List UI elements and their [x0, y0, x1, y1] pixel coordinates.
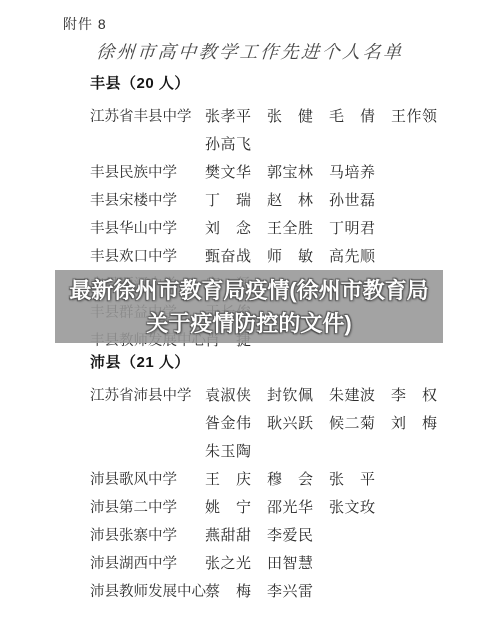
attachment-label: 附件 8 [63, 14, 107, 34]
table-row: 昝金伟 耿兴跃 候二菊 刘 梅 [90, 410, 480, 438]
table-row: 沛县湖西中学张之光 田智慧 [90, 550, 480, 578]
seo-overlay-caption: 最新徐州市教育局疫情(徐州市教育局 关于疫情防控的文件) [55, 270, 443, 343]
school-name: 丰县华山中学 [90, 215, 205, 243]
table-row: 丰县欢口中学甄奋战 师 敏 高先顺 [90, 243, 480, 271]
table-row: 江苏省丰县中学张孝平 张 健 毛 倩 王作领 [90, 103, 480, 131]
overlay-caption-line2: 关于疫情防控的文件) [146, 307, 351, 340]
person-names: 丁 瑞 赵 林 孙世磊 [205, 192, 376, 209]
person-names: 姚 宁 邵光华 张文玫 [205, 499, 376, 516]
person-names: 张孝平 张 健 毛 倩 王作领 [205, 108, 438, 125]
person-names: 蔡 梅 李兴雷 [205, 583, 314, 600]
school-name: 丰县民族中学 [90, 159, 205, 187]
person-names: 甄奋战 师 敏 高先顺 [205, 248, 376, 265]
document-page: 附件 8 徐州市高中教学工作先进个人名单 丰县（20 人） 江苏省丰县中学张孝平… [0, 0, 500, 617]
school-name: 江苏省丰县中学 [90, 103, 205, 131]
table-row: 孙高飞 [90, 131, 480, 159]
section-heading: 丰县（20 人） [90, 72, 480, 103]
table-row: 沛县歌风中学王 庆 穆 会 张 平 [90, 466, 480, 494]
person-names: 张之光 田智慧 [205, 555, 314, 572]
school-name: 丰县宋楼中学 [90, 187, 205, 215]
person-names: 孙高飞 [205, 136, 252, 153]
school-name: 沛县教师发展中心 [90, 578, 205, 606]
document-title: 徐州市高中教学工作先进个人名单 [69, 38, 431, 64]
table-row: 沛县教师发展中心蔡 梅 李兴雷 [90, 578, 480, 606]
school-name: 江苏省沛县中学 [90, 382, 205, 410]
table-row: 朱玉陶 [90, 438, 480, 466]
person-names: 樊文华 郭宝林 马培养 [205, 164, 376, 181]
school-name: 丰县欢口中学 [90, 243, 205, 271]
person-names: 朱玉陶 [205, 443, 252, 460]
table-row: 沛县第二中学姚 宁 邵光华 张文玫 [90, 494, 480, 522]
table-row: 沛县张寨中学燕甜甜 李爱民 [90, 522, 480, 550]
school-name: 沛县歌风中学 [90, 466, 205, 494]
person-names: 刘 念 王全胜 丁明君 [205, 220, 376, 237]
table-row: 江苏省沛县中学袁淑侠 封钦佩 朱建波 李 权 [90, 382, 480, 410]
roster-table: 江苏省沛县中学袁淑侠 封钦佩 朱建波 李 权昝金伟 耿兴跃 候二菊 刘 梅朱玉陶… [90, 382, 480, 606]
school-name: 沛县第二中学 [90, 494, 205, 522]
school-name: 沛县湖西中学 [90, 550, 205, 578]
school-name: 沛县张寨中学 [90, 522, 205, 550]
person-names: 燕甜甜 李爱民 [205, 527, 314, 544]
person-names: 袁淑侠 封钦佩 朱建波 李 权 [205, 387, 438, 404]
table-row: 丰县华山中学刘 念 王全胜 丁明君 [90, 215, 480, 243]
section-peixian: 沛县（21 人） 江苏省沛县中学袁淑侠 封钦佩 朱建波 李 权昝金伟 耿兴跃 候… [90, 351, 480, 606]
section-heading: 沛县（21 人） [90, 351, 480, 382]
person-names: 昝金伟 耿兴跃 候二菊 刘 梅 [205, 415, 438, 432]
table-row: 丰县宋楼中学丁 瑞 赵 林 孙世磊 [90, 187, 480, 215]
overlay-caption-line1: 最新徐州市教育局疫情(徐州市教育局 [69, 274, 428, 307]
person-names: 王 庆 穆 会 张 平 [205, 471, 376, 488]
table-row: 丰县民族中学樊文华 郭宝林 马培养 [90, 159, 480, 187]
